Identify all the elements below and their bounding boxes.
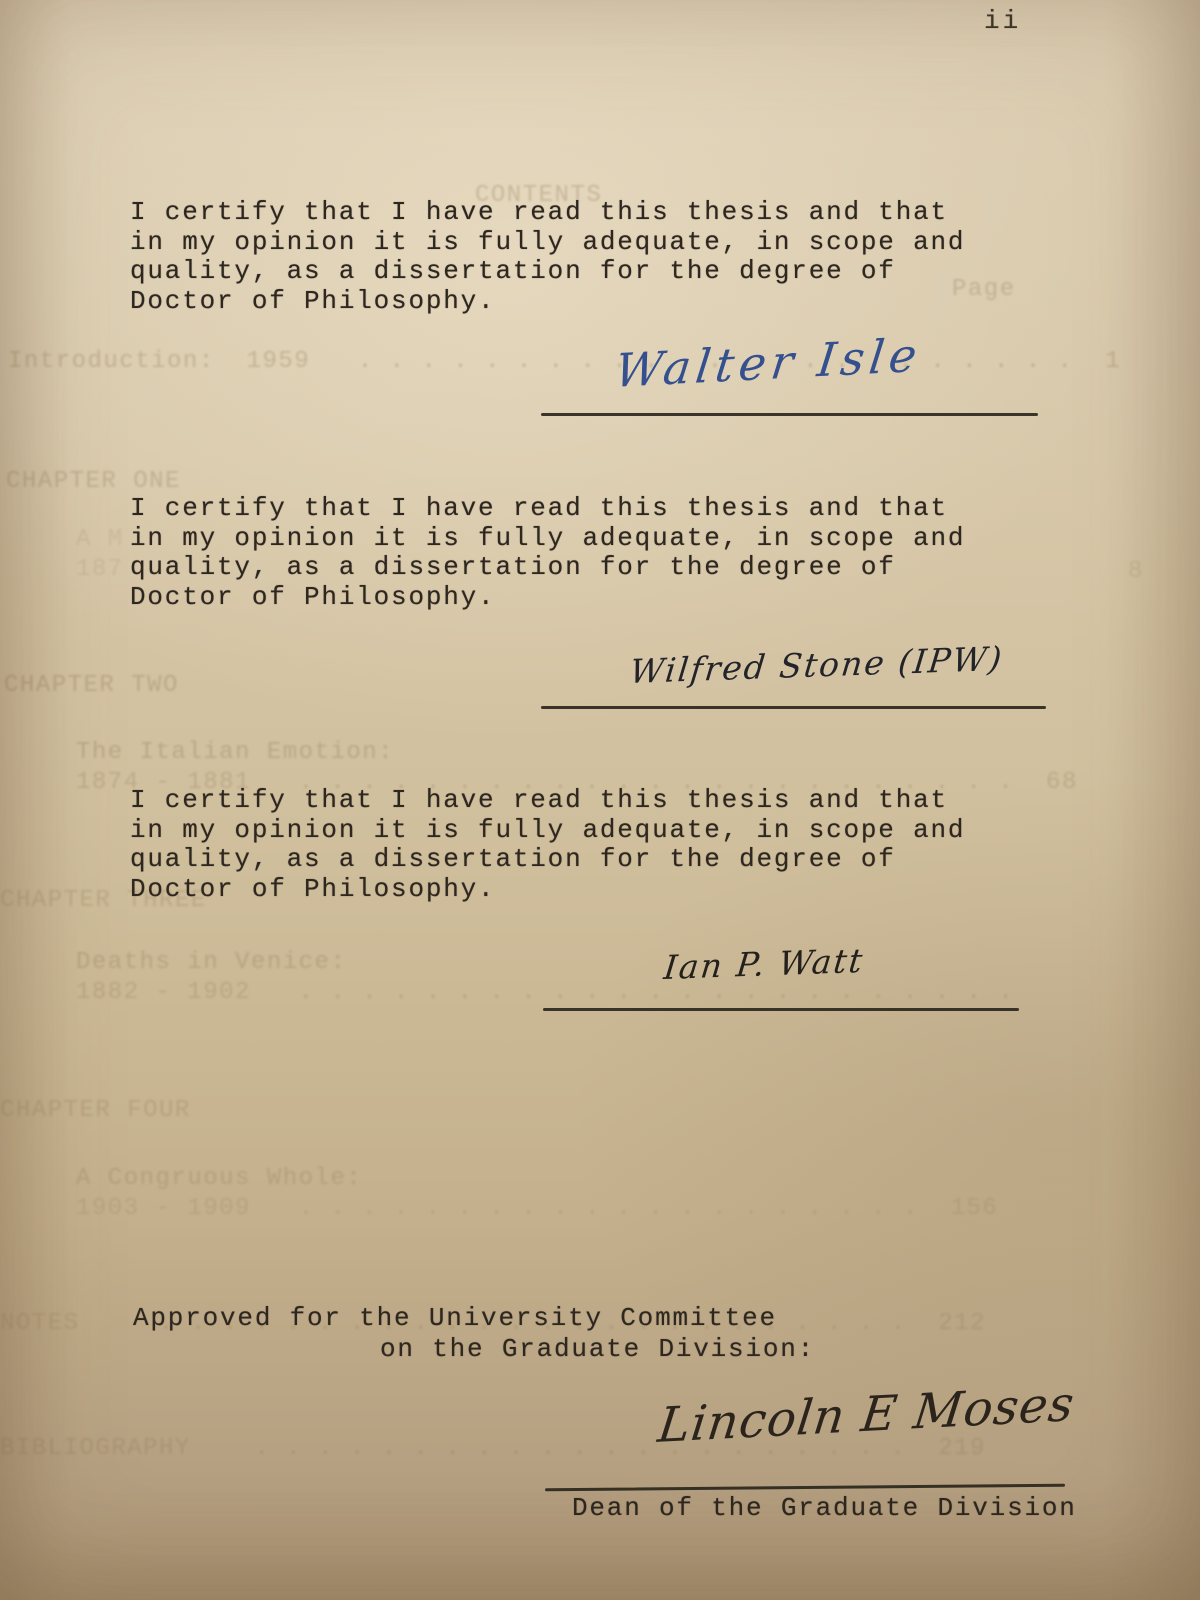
signature-lincoln-moses: Lincoln E Moses: [655, 1376, 1078, 1454]
scanned-thesis-signature-page: CONTENTSPageIntroduction: 1959 . . . . .…: [0, 0, 1200, 1600]
signature-line-3: [543, 1008, 1019, 1011]
signature-walter-isle: Walter Isle: [612, 328, 925, 398]
ghost-bleedthrough-text: 1882 - 1902 . . . . . . . . . . . . . . …: [76, 981, 1014, 1005]
ghost-bleedthrough-text: Introduction: 1959 . . . . . . . . . . .…: [8, 350, 1121, 374]
ghost-bleedthrough-text: A Congruous Whole:: [76, 1167, 362, 1191]
approval-line-1: Approved for the University Committee: [133, 1304, 777, 1334]
certification-text-2: I certify that I have read this thesis a…: [130, 494, 965, 612]
signature-line-1: [541, 413, 1038, 416]
certification-text-3: I certify that I have read this thesis a…: [130, 786, 965, 904]
dean-signature-line: [545, 1484, 1065, 1492]
ghost-bleedthrough-text: CHAPTER FOUR: [0, 1099, 191, 1123]
page-number: ii: [984, 6, 1021, 36]
ghost-bleedthrough-text: CHAPTER ONE: [6, 470, 181, 494]
ghost-bleedthrough-text: 8: [1128, 560, 1144, 584]
ghost-bleedthrough-text: 1903 - 1909 . . . . . . . . . . . . . . …: [76, 1197, 998, 1221]
dean-caption: Dean of the Graduate Division: [572, 1494, 1077, 1524]
signature-ian-watt: Ian P. Watt: [662, 941, 866, 987]
signature-line-2: [541, 706, 1046, 709]
ghost-bleedthrough-text: CHAPTER TWO: [4, 674, 179, 698]
ghost-bleedthrough-text: A M: [76, 528, 124, 552]
signature-wilfred-stone: Wilfred Stone (IPW): [628, 639, 1005, 691]
certification-text-1: I certify that I have read this thesis a…: [130, 198, 965, 316]
ghost-bleedthrough-text: 187: [76, 558, 124, 582]
ghost-bleedthrough-text: The Italian Emotion:: [76, 741, 394, 765]
ghost-bleedthrough-text: Deaths in Venice:: [76, 951, 346, 975]
approval-line-2: on the Graduate Division:: [380, 1335, 815, 1365]
